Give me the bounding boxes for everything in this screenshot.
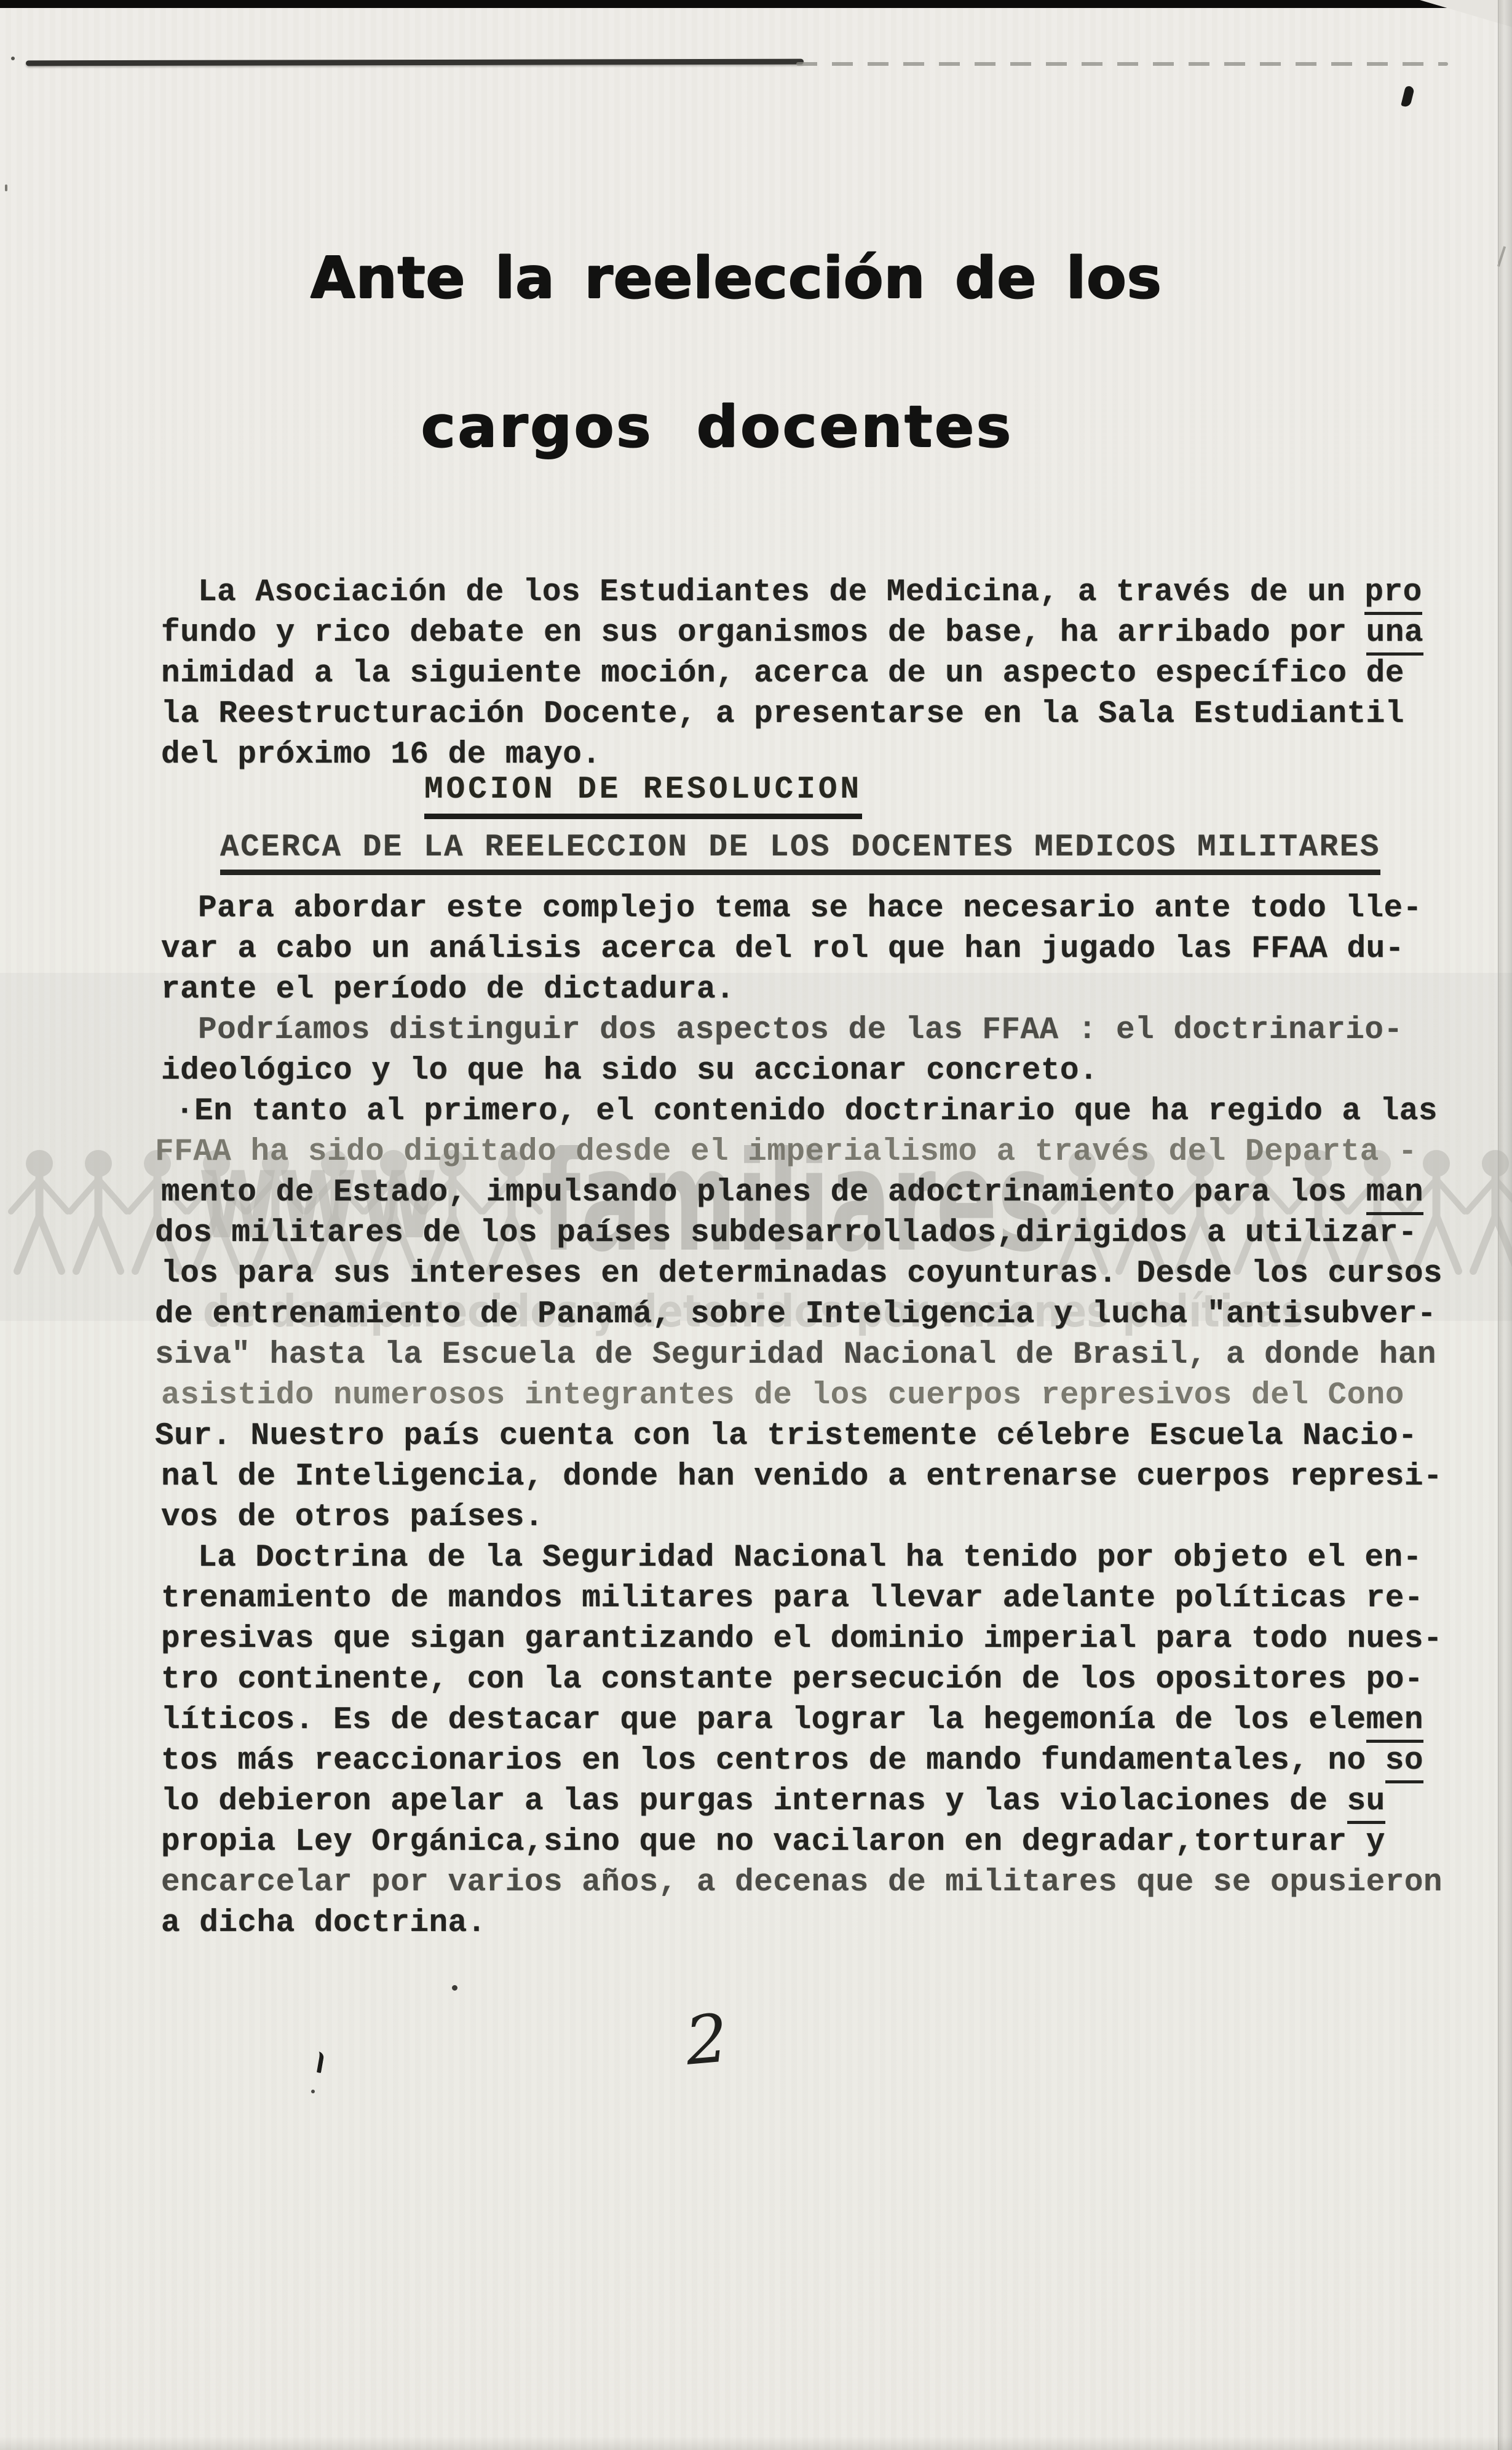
underlined-word: su xyxy=(1347,1784,1385,1824)
text-line: los para sus intereses en determinadas c… xyxy=(161,1256,1443,1291)
text-line: la Reestructuración Docente, a presentar… xyxy=(161,697,1404,732)
text-line: Para abordar este complejo tema se hace … xyxy=(198,891,1422,926)
scanned-document-page: www familiares de desaparecidos y deteni… xyxy=(0,0,1512,2450)
title-line-1: Ante la reelección de los xyxy=(311,245,1162,312)
heading-acerca: ACERCA DE LA REELECCION DE LOS DOCENTES … xyxy=(220,830,1380,865)
text-line: vos de otros países. xyxy=(161,1500,544,1535)
text-line: fundo y rico debate en sus organismos de… xyxy=(161,616,1423,651)
text-line: La Doctrina de la Seguridad Nacional ha … xyxy=(198,1540,1422,1576)
text-line: a dicha doctrina. xyxy=(161,1906,486,1941)
ink-dot xyxy=(452,1985,457,1991)
ink-mark-bottom-left xyxy=(311,2051,325,2073)
text-line: ·En tanto al primero, el contenido doctr… xyxy=(175,1094,1438,1129)
text-line: mento de Estado, impulsando planes de ad… xyxy=(161,1175,1423,1210)
text-line: del próximo 16 de mayo. xyxy=(161,737,601,772)
text-line: nal de Inteligencia, donde han venido a … xyxy=(161,1459,1443,1494)
text-line: nimidad a la siguiente moción, acerca de… xyxy=(161,656,1404,691)
ink-mark-top-right xyxy=(1401,85,1415,108)
heading-mocion: MOCION DE RESOLUCION xyxy=(424,772,862,807)
text-line: tro continente, con la constante persecu… xyxy=(161,1662,1423,1697)
scan-speck xyxy=(11,57,15,60)
text-line: rante el período de dictadura. xyxy=(161,972,735,1007)
text-line: encarcelar por varios años, a decenas de… xyxy=(161,1865,1443,1900)
scan-top-edge xyxy=(0,0,1512,8)
heading-mocion-text: MOCION DE RESOLUCION xyxy=(424,772,862,819)
ink-dot xyxy=(311,2090,315,2093)
text-line: de entrenamiento de Panamá, sobre Inteli… xyxy=(155,1297,1436,1332)
underlined-word: men xyxy=(1366,1703,1423,1743)
text-line: dos militares de los países subdesarroll… xyxy=(155,1216,1417,1251)
title-line-2: cargos docentes xyxy=(421,394,1013,461)
text-line: La Asociación de los Estudiantes de Medi… xyxy=(198,575,1422,610)
scan-speck xyxy=(5,184,7,191)
page-number: 2 xyxy=(683,2000,731,2080)
text-line: presivas que sigan garantizando el domin… xyxy=(161,1622,1443,1657)
text-line: propia Ley Orgánica,sino que no vacilaro… xyxy=(161,1825,1385,1860)
underlined-word: una xyxy=(1366,616,1423,656)
text-line: FFAA ha sido digitado desde el imperiali… xyxy=(155,1135,1417,1170)
text-line: líticos. Es de destacar que para lograr … xyxy=(161,1703,1423,1738)
text-line: asistido numerosos integrantes de los cu… xyxy=(161,1378,1404,1413)
underlined-word: pro xyxy=(1364,575,1422,615)
text-line: Podríamos distinguir dos aspectos de las… xyxy=(198,1013,1403,1048)
text-line: tos más reaccionarios en los centros de … xyxy=(161,1743,1423,1778)
paper-bottom-edge xyxy=(0,2436,1512,2450)
text-line: var a cabo un análisis acerca del rol qu… xyxy=(161,932,1404,967)
text-line: siva" hasta la Escuela de Seguridad Naci… xyxy=(155,1338,1436,1373)
fold-line xyxy=(26,59,804,66)
heading-acerca-text: ACERCA DE LA REELECCION DE LOS DOCENTES … xyxy=(220,830,1380,875)
text-line: trenamiento de mandos militares para lle… xyxy=(161,1581,1423,1616)
fold-line-faint xyxy=(796,62,1448,66)
underlined-word: man xyxy=(1366,1175,1423,1215)
underlined-word: so xyxy=(1385,1743,1423,1783)
text-line: Sur. Nuestro país cuenta con la tristeme… xyxy=(155,1419,1417,1454)
text-line: ideológico y lo que ha sido su accionar … xyxy=(161,1053,1098,1088)
text-line: lo debieron apelar a las purgas internas… xyxy=(161,1784,1385,1819)
